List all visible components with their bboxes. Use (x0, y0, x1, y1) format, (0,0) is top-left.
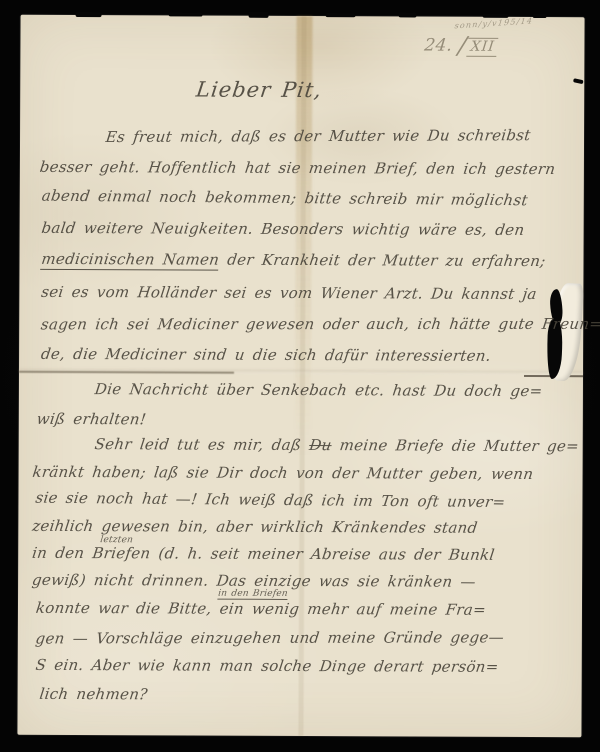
letter-line: besser geht. Hoffentlich hat sie meinen … (39, 158, 557, 178)
letter-line-rest: meine Briefe die Mutter ge= (330, 436, 580, 455)
letter-line: kränkt haben; laß sie Dir doch von der M… (31, 463, 534, 483)
letter-line: de, die Mediciner sind u die sich dafür … (40, 345, 492, 365)
right-edge-nick (573, 78, 584, 84)
torn-edge-nick (76, 12, 102, 17)
torn-edge-nick (533, 14, 547, 18)
letter-line: gewiß) nicht drinnen. Das einzige was si… (31, 571, 477, 591)
letter-page: sonn/y/v195/14 24./XII Lieber Pit, Es fr… (17, 15, 584, 737)
letter-line: Sehr leid tut es mir, daß Du meine Brief… (94, 435, 581, 455)
letter-line: Es freut mich, daß es der Mutter wie Du … (105, 126, 532, 146)
pencil-archival-note: sonn/y/v195/14 (454, 16, 533, 30)
torn-edge-nick (399, 12, 417, 17)
letter-line-rest: der Krankheit der Mutter zu erfahren; (218, 251, 547, 270)
letter-line: bald weitere Neuigkeiten. Besonders wich… (40, 219, 525, 239)
letter-line: in den Briefen (d. h. seit meiner Abreis… (31, 544, 496, 564)
letter-line: sagen ich sei Mediciner gewesen oder auc… (40, 315, 600, 333)
letter-line: sie sie noch hat —! Ich weiß daß ich im … (34, 489, 506, 512)
letter-line: abend einmal noch bekommen; bitte schrei… (41, 187, 529, 210)
letter-line: zeihlich gewesen bin, aber wirklich Krän… (31, 517, 479, 537)
letter-line: konnte war die Bitte, ein wenig mehr auf… (35, 599, 487, 619)
letter-line-start: Sehr leid tut es mir, daß (94, 435, 311, 454)
letter-date: 24./XII (423, 32, 499, 60)
underlined-phrase: medicinischen Namen (40, 250, 220, 271)
torn-edge-nick (249, 12, 269, 18)
interline-insertion: in den Briefen (217, 589, 288, 600)
letter-line: sei es vom Holländer sei es vom Wiener A… (40, 283, 538, 303)
horizontal-crease-left-segment (19, 371, 234, 374)
photo-background: sonn/y/v195/14 24./XII Lieber Pit, Es fr… (0, 0, 600, 752)
date-month-roman: XII (467, 38, 499, 57)
letter-line: gen — Vorschläge einzugehen und meine Gr… (35, 628, 506, 647)
crossed-out-word: Du (308, 436, 333, 454)
torn-edge-nick (326, 13, 356, 17)
torn-edge-nick (169, 12, 203, 16)
salutation: Lieber Pit, (195, 78, 324, 103)
letter-line: S ein. Aber wie kann man solche Dinge de… (35, 656, 500, 676)
letter-line: lich nehmen? (38, 685, 148, 703)
letter-line: Die Nachricht über Senkebach etc. hast D… (94, 380, 544, 400)
date-day: 24. (423, 36, 453, 56)
letter-line: wiß erhalten! (36, 410, 148, 428)
letter-line: medicinischen Namen der Krankheit der Mu… (40, 250, 546, 270)
